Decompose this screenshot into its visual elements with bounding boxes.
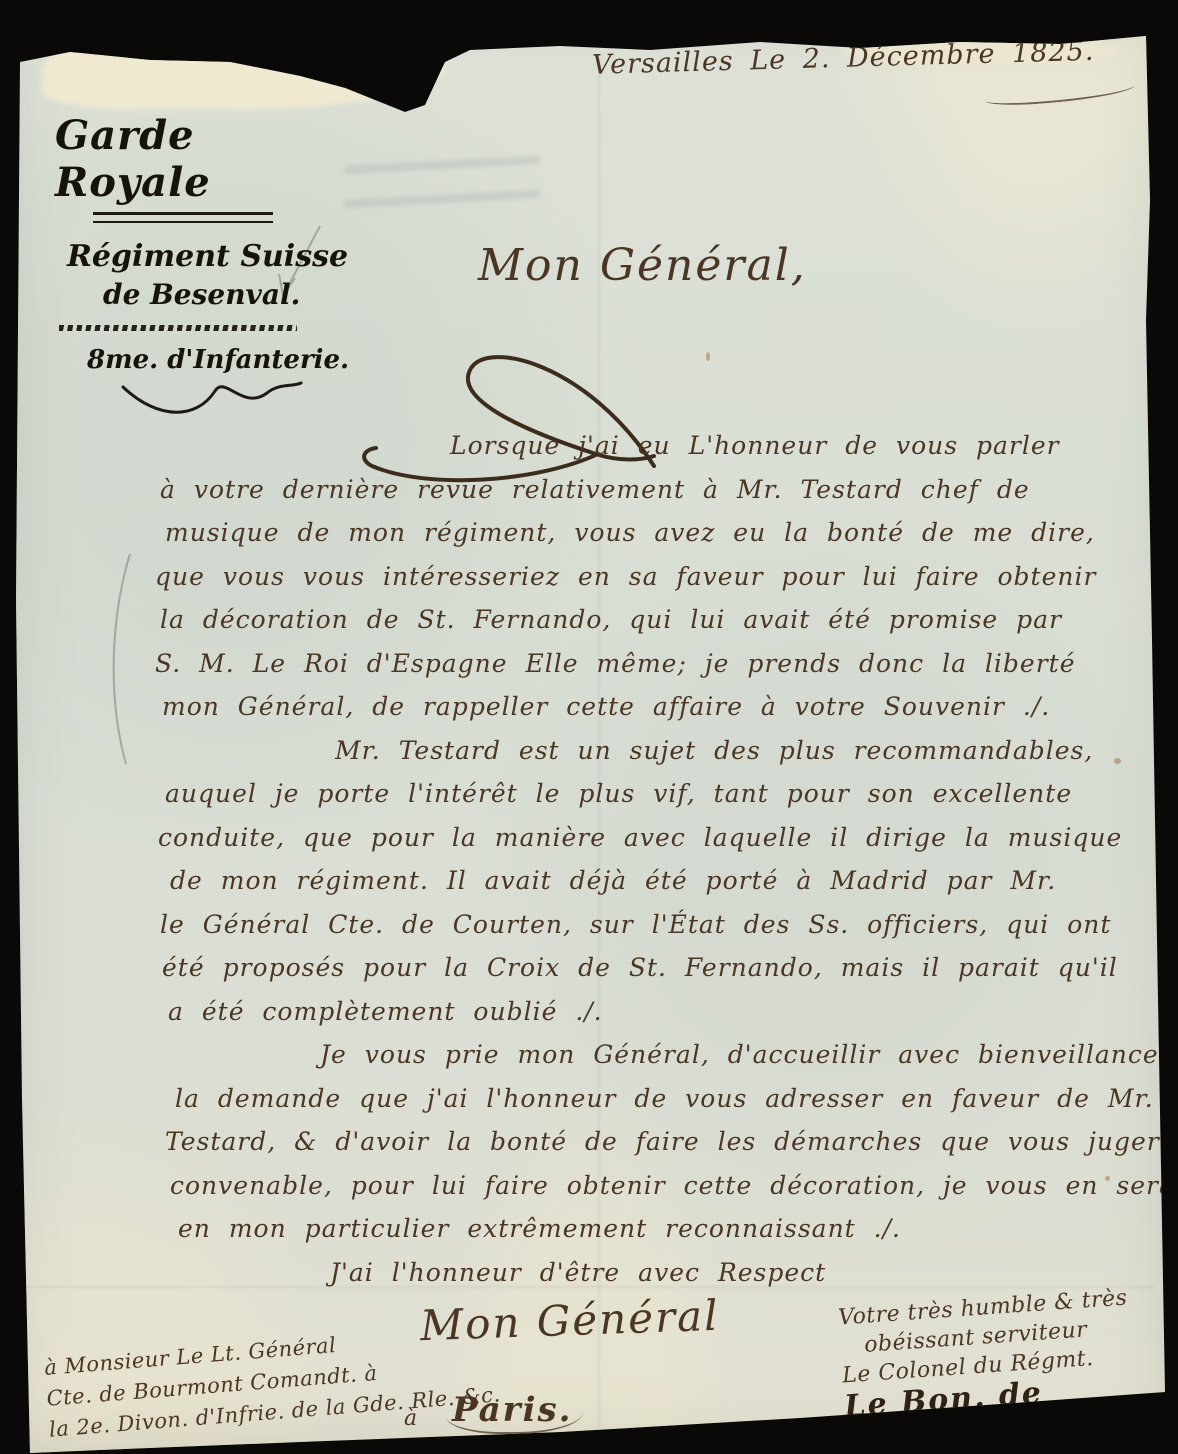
letter-line: Testard, & d'avoir la bonté de faire les… — [150, 1120, 1160, 1164]
letterhead-infantry: 8me. d'Infanterie. — [87, 345, 355, 375]
letter-line: a été complètement oublié ./. — [150, 990, 1160, 1034]
address-city: Paris. — [446, 1390, 583, 1434]
foxing-speck — [706, 352, 710, 361]
letter-line: musique de mon régiment, vous avez eu la… — [150, 511, 1160, 555]
letter-line: Je vous prie mon Général, d'accueillir a… — [150, 1033, 1160, 1077]
letter-line: en mon particulier extrêmement reconnais… — [150, 1207, 1160, 1251]
signature-block: Votre très humble & très obéissant servi… — [837, 1281, 1176, 1451]
letter-body: Lorsque j'ai eu L'honneur de vous parler… — [150, 424, 1160, 1294]
scan-background: Versailles Le 2. Décembre 1825. Garde Ro… — [0, 0, 1178, 1454]
letter-line: auquel je porte l'intérêt le plus vif, t… — [150, 772, 1160, 816]
pencil-curve — [100, 550, 140, 770]
letter-line: que vous vous intéresseriez en sa faveur… — [150, 555, 1160, 599]
closing-line: J'ai l'honneur d'être avec Respect — [150, 1251, 1160, 1295]
letter-line: Mr. Testard est un sujet des plus recomm… — [150, 729, 1160, 773]
letter-line: la demande que j'ai l'honneur de vous ad… — [150, 1077, 1160, 1121]
letter-paper: Versailles Le 2. Décembre 1825. Garde Ro… — [0, 0, 1178, 1454]
letterhead-squiggle-rule — [59, 325, 297, 331]
torn-edge-highlight — [42, 48, 447, 110]
date-line: Versailles Le 2. Décembre 1825. — [592, 34, 1153, 81]
letter-line: conduite, que pour la manière avec laque… — [150, 816, 1160, 860]
letter-line: mon Général, de rappeller cette affaire … — [150, 685, 1160, 729]
letterhead: Garde Royale Régiment Suisse de Besenval… — [55, 112, 355, 429]
letterhead-flourish — [117, 377, 307, 425]
letter-line: été proposés pour la Croix de St. Fernan… — [150, 946, 1160, 990]
letter-line: S. M. Le Roi d'Espagne Elle même; je pre… — [150, 642, 1160, 686]
letter-line: convenable, pour lui faire obtenir cette… — [150, 1164, 1160, 1208]
ink-showthrough — [345, 152, 540, 222]
letter-line: le Général Cte. de Courten, sur l'État d… — [150, 903, 1160, 947]
letter-line: à votre dernière revue relativement à Mr… — [150, 468, 1160, 512]
letterhead-regiment-name: de Besenval. — [103, 278, 355, 311]
salutation: Mon Général, — [478, 240, 807, 291]
letterhead-unit: Garde Royale — [55, 112, 355, 206]
letter-line: la décoration de St. Fernando, qui lui a… — [150, 598, 1160, 642]
letter-line: de mon régiment. Il avait déjà été porté… — [150, 859, 1160, 903]
letterhead-regiment: Régiment Suisse — [67, 239, 355, 274]
date-underline-flourish — [985, 77, 1136, 108]
address-place-prefix: à — [404, 1406, 417, 1431]
letter-line: Lorsque j'ai eu L'honneur de vous parler — [150, 424, 1160, 468]
letterhead-double-rule — [93, 212, 273, 223]
